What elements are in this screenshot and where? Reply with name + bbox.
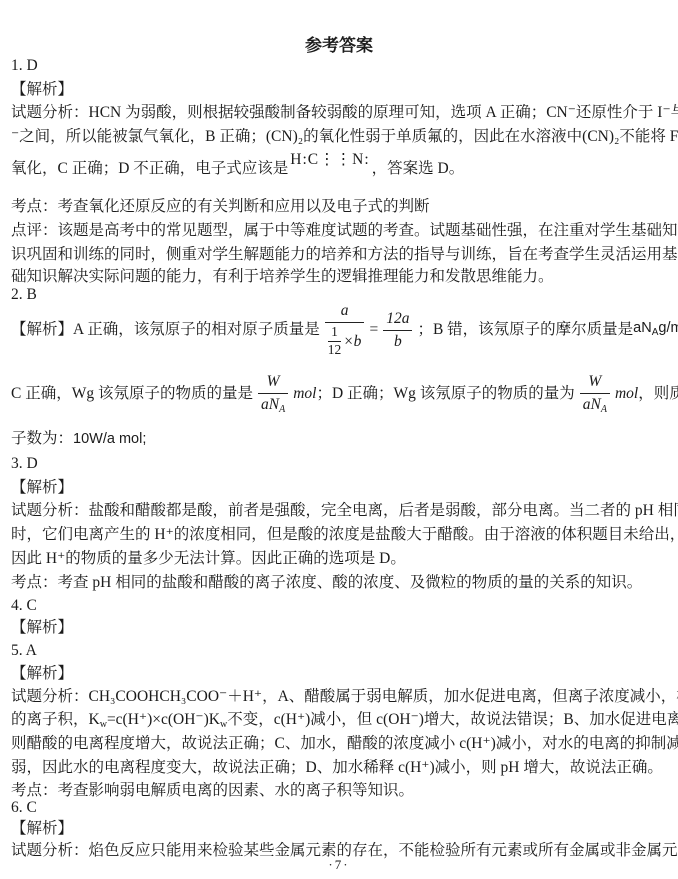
q3-analysis-line-2: 时，它们电离产生的 H⁺的浓度相同，但是酸的浓度是盐酸大于醋酸。由于溶液的体积题… [11,524,674,546]
denominator-subscript: A [279,404,285,415]
fraction-W-over-aNA: W aNA [580,373,610,415]
q5-answer-number: 5. A [11,640,674,662]
q2-line1-mid: ；B 错，该氖原子的摩尔质量是 [417,319,633,341]
molar-unit: g/mol; [658,320,678,336]
fraction-denominator: 1 12 ×b [325,325,365,358]
fraction-bar [580,393,610,394]
mini-fraction-denominator: 12 [328,343,342,358]
answer-sheet-page: 参考答案 1. D 【解析】 试题分析：HCN 为弱酸，则根据较强酸制备较弱酸的… [0,0,678,879]
fraction-numerator: a [338,302,352,320]
q5-line2-part3: 不变，c(H⁺)减小，但 c(OH⁻)增大，故说法错误；B、加水促进电离， [227,711,678,728]
q2-line1-pre: 【解析】A 正确，该氖原子的相对原子质量是 [11,319,320,341]
fraction-bar [383,330,412,331]
fraction-denominator: b [391,333,405,351]
q5-analysis-label: 【解析】 [11,663,674,685]
q2-analysis-line-2: C 正确，Wg 该氖原子的物质的量是 W aNA mol ；D 正确；Wg 该氖… [11,366,674,422]
denominator-base: aN [583,396,601,413]
fraction-denominator: aNA [258,396,288,416]
q1-analysis-label: 【解析】 [11,79,674,101]
q1-line3-pre: 氧化，C 正确；D 不正确，电子式应该是 [11,158,288,180]
q5-analysis-line-1: 试题分析：CH₃COOHCH₃COO⁻＋H⁺，A、醋酸属于弱电解质，加水促进电离… [11,686,674,708]
fraction-numerator: 12a [383,310,412,328]
denominator-times-b: ×b [343,333,361,351]
fraction-relative-atomic-mass: a 1 12 ×b [325,302,365,358]
q2-analysis-line-1: 【解析】A 正确，该氖原子的相对原子质量是 a 1 12 ×b = 12a b … [11,298,674,362]
q5-analysis-line-2: 的离子积，Kw=c(H⁺)×c(OH⁻)Kw不变，c(H⁺)减小，但 c(OH⁻… [11,709,674,736]
proton-count-value: 10W/a mol; [73,431,146,447]
fraction-bar [258,393,288,394]
q2-line3-pre: 子数为： [11,430,73,447]
fraction-W-over-aNA: W aNA [258,373,288,415]
q1-analysis-line-1: 试题分析：HCN 为弱酸，则根据较强酸制备较弱酸的原理可知，选项 A 正确；CN… [11,102,674,124]
q5-analysis-line-3: 则醋酸的电离程度增大，故说法正确；C、加水，醋酸的浓度减小 c(H⁺)减小，对水… [11,733,674,755]
molar-mass-expression: aNAg/mol; [633,317,678,344]
q3-analysis-line-1: 试题分析：盐酸和醋酸都是酸，前者是强酸，完全电离，后者是弱酸，部分电离。当二者的… [11,500,674,522]
q5-line2-part1: 的离子积，K [11,711,100,728]
q4-analysis-label: 【解析】 [11,617,674,639]
q3-kaodian-line: 考点：考查 pH 相同的盐酸和醋酸的离子浓度、酸的浓度、及微粒的物质的量的关系的… [11,572,674,594]
mini-fraction-numerator: 1 [331,325,338,340]
q1-analysis-line-2: ⁻之间，所以能被氯气氧化，B 正确；(CN)₂的氧化性弱于单质氟的，因此在水溶液… [11,126,674,148]
q2-line2-pre: C 正确，Wg 该氖原子的物质的量是 [11,383,253,405]
mol-unit: mol [293,383,316,405]
q5-line2-part2: =c(H⁺)×c(OH⁻)K [107,711,220,728]
q1-analysis-line-3: 氧化，C 正确；D 不正确，电子式应该是 H:C⋮⋮N: ，答案选 D。 [11,148,674,190]
q1-answer-number: 1. D [11,55,674,77]
mol-unit: mol [615,383,638,405]
q2-line2-post: ，则质 [638,383,678,405]
page-title: 参考答案 [0,31,678,56]
page-number: ·7· [0,857,678,873]
q1-dianping-line-2: 识巩固和训练的同时，侧重对学生解题能力的培养和方法的指导与训练，旨在考查学生灵活… [11,244,674,266]
q2-line2-mid: ；D 正确；Wg 该氖原子的物质的量为 [316,383,574,405]
q6-answer-number: 6. C [11,797,674,819]
denominator-base: aN [261,396,279,413]
q1-line3-post: ，答案选 D。 [372,158,465,180]
fraction-numerator: W [585,373,604,391]
fraction-numerator: W [264,373,283,391]
q3-answer-number: 3. D [11,453,674,475]
q6-analysis-label: 【解析】 [11,818,674,840]
q2-analysis-line-3: 子数为：10W/a mol; [11,428,674,450]
equals-sign: = [369,319,378,341]
mini-fraction-one-twelfth: 1 12 [328,325,342,358]
denominator-subscript: A [601,404,607,415]
q1-kaodian-line: 考点：考查氧化还原反应的有关判断和应用以及电子式的判断 [11,196,674,218]
molar-base: aN [633,320,652,336]
fraction-bar [325,322,365,323]
q1-dianping-line-1: 点评：该题是高考中的常见题型，属于中等难度试题的考查。试题基础性强，在注重对学生… [11,220,674,242]
electron-dot-formula: H:C⋮⋮N: [290,149,369,171]
q3-analysis-label: 【解析】 [11,477,674,499]
q3-analysis-line-3: 因此 H⁺的物质的量多少无法计算。因此正确的选项是 D。 [11,548,674,570]
q5-analysis-line-4: 弱，因此水的电离程度变大，故说法正确；D、加水稀释 c(H⁺)减小，则 pH 增… [11,757,674,779]
q4-answer-number: 4. C [11,595,674,617]
kw-subscript: w [100,719,107,730]
fraction-denominator: aNA [580,396,610,416]
fraction-12a-over-b: 12a b [383,310,412,351]
